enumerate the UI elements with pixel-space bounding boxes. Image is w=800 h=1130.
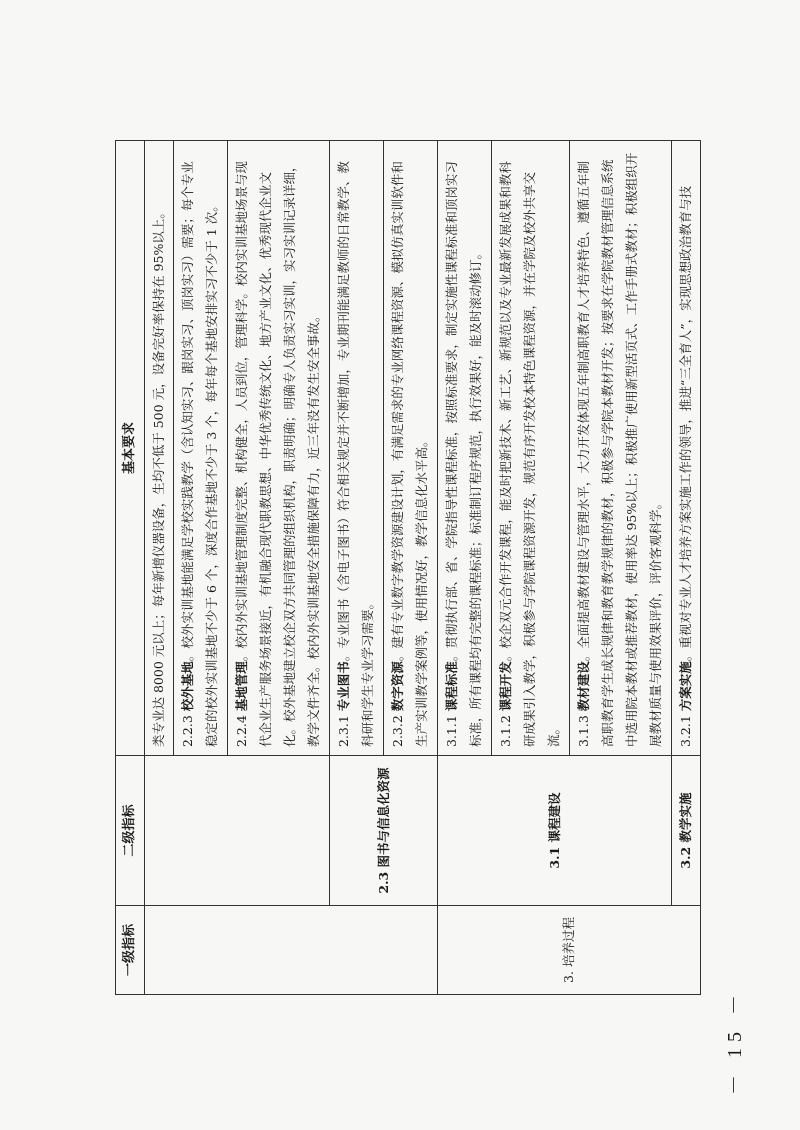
level2-cell-empty [145,756,330,906]
header-requirement: 基本要求 [116,141,145,756]
table-header-row: 一级指标 二级指标 基本要求 [116,141,145,995]
header-level1: 一级指标 [116,906,145,995]
requirement-title: 专业图书 [336,661,351,711]
requirement-code: 3.1.1 [444,715,459,747]
requirement-text: 。专业图书（含电子图书）符合相关规定并不断增加，专业期刊能满足教师的日常教学、教… [336,161,375,747]
requirement-code: 2.2.4 [234,715,249,747]
requirement-cell: 2.3.1 专业图书。专业图书（含电子图书）符合相关规定并不断增加，专业期刊能满… [330,141,384,756]
level1-cell: 3. 培养过程 [438,906,701,995]
requirement-text: 。校企双元合作开发课程，能及时把新技术、新工艺、新规范以及专业最新发展成果和教科… [498,161,561,747]
rotated-page: 一级指标 二级指标 基本要求 类专业达 8000 元以上；每年新增仪器设备，生均… [0,0,800,1130]
requirement-title: 数字资源 [390,661,405,711]
requirement-title: 方案实施 [678,661,693,711]
evaluation-table: 一级指标 二级指标 基本要求 类专业达 8000 元以上；每年新增仪器设备，生均… [115,140,701,995]
requirement-cell: 2.2.3 校外基地。校外实训基地能满足学校实践教学（含认知实习、跟岗实习、顶岗… [174,141,228,756]
table-row: 3. 培养过程 3.1 课程建设 3.1.1 课程标准。贯彻执行部、省、学院指导… [438,141,492,995]
level2-cell: 3.1 课程建设 [438,756,672,906]
header-level2: 二级指标 [116,756,145,906]
requirement-title: 校外基地 [180,661,195,711]
requirement-cell: 3.1.1 课程标准。贯彻执行部、省、学院指导性课程标准，按照标准要求，制定实施… [438,141,492,756]
requirement-cell: 3.1.3 教材建设。全面提高教材建设与管理水平，大力开发体现五年制高职教育人才… [570,141,672,756]
requirement-text: 。校内外实训基地管理制度完整、机构健全，人员到位，管理科学。校内实训基地场景与现… [234,159,321,747]
requirement-text: 。贯彻执行部、省、学院指导性课程标准，按照标准要求，制定实施性课程标准和顶岗实习… [444,161,483,747]
requirement-title: 基地管理 [234,661,249,711]
requirement-text: 。重视对专业人才培养方案实施工作的领导，推进“三全育人”，实现思想政治教育与技 [678,186,693,661]
requirement-code: 3.1.3 [576,715,591,747]
requirement-title: 课程开发 [498,661,513,711]
requirement-text: 。全面提高教材建设与管理水平，大力开发体现五年制高职教育人才培养特色、遵循五年制… [576,153,663,747]
requirement-text: 。校外实训基地能满足学校实践教学（含认知实习、跟岗实习、顶岗实习）需要；每个专业… [180,161,219,747]
table-row: 3.2 教学实施 3.2.1 方案实施。重视对专业人才培养方案实施工作的领导，推… [672,141,701,995]
requirement-cell: 类专业达 8000 元以上；每年新增仪器设备，生均不低于 500 元，设备完好率… [145,141,174,756]
requirement-code: 2.3.2 [390,715,405,747]
level2-cell: 3.2 教学实施 [672,756,701,906]
requirement-code: 3.1.2 [498,715,513,747]
requirement-cell: 3.2.1 方案实施。重视对专业人才培养方案实施工作的领导，推进“三全育人”，实… [672,141,701,756]
requirement-title: 教材建设 [576,661,591,711]
requirement-cell: 3.1.2 课程开发。校企双元合作开发课程，能及时把新技术、新工艺、新规范以及专… [492,141,570,756]
requirement-text: 类专业达 8000 元以上；每年新增仪器设备，生均不低于 500 元，设备完好率… [151,206,166,747]
table-row: 类专业达 8000 元以上；每年新增仪器设备，生均不低于 500 元，设备完好率… [145,141,174,995]
requirement-cell: 2.2.4 基地管理。校内外实训基地管理制度完整、机构健全，人员到位，管理科学。… [228,141,330,756]
page-number: － 15 － [718,989,747,1095]
level1-cell-empty [145,906,438,995]
table-row: 2.3 图书与信息化资源 2.3.1 专业图书。专业图书（含电子图书）符合相关规… [330,141,384,995]
requirement-text: 。建有专业数字教学资源建设计划，有满足需求的专业网络课程资源、模拟仿真实训软件和… [390,161,429,747]
requirement-cell: 2.3.2 数字资源。建有专业数字教学资源建设计划，有满足需求的专业网络课程资源… [384,141,438,756]
requirement-code: 3.2.1 [678,715,693,747]
level2-cell: 2.3 图书与信息化资源 [330,756,438,906]
requirement-code: 2.3.1 [336,715,351,747]
requirement-title: 课程标准 [444,661,459,711]
requirement-code: 2.2.3 [180,715,195,747]
